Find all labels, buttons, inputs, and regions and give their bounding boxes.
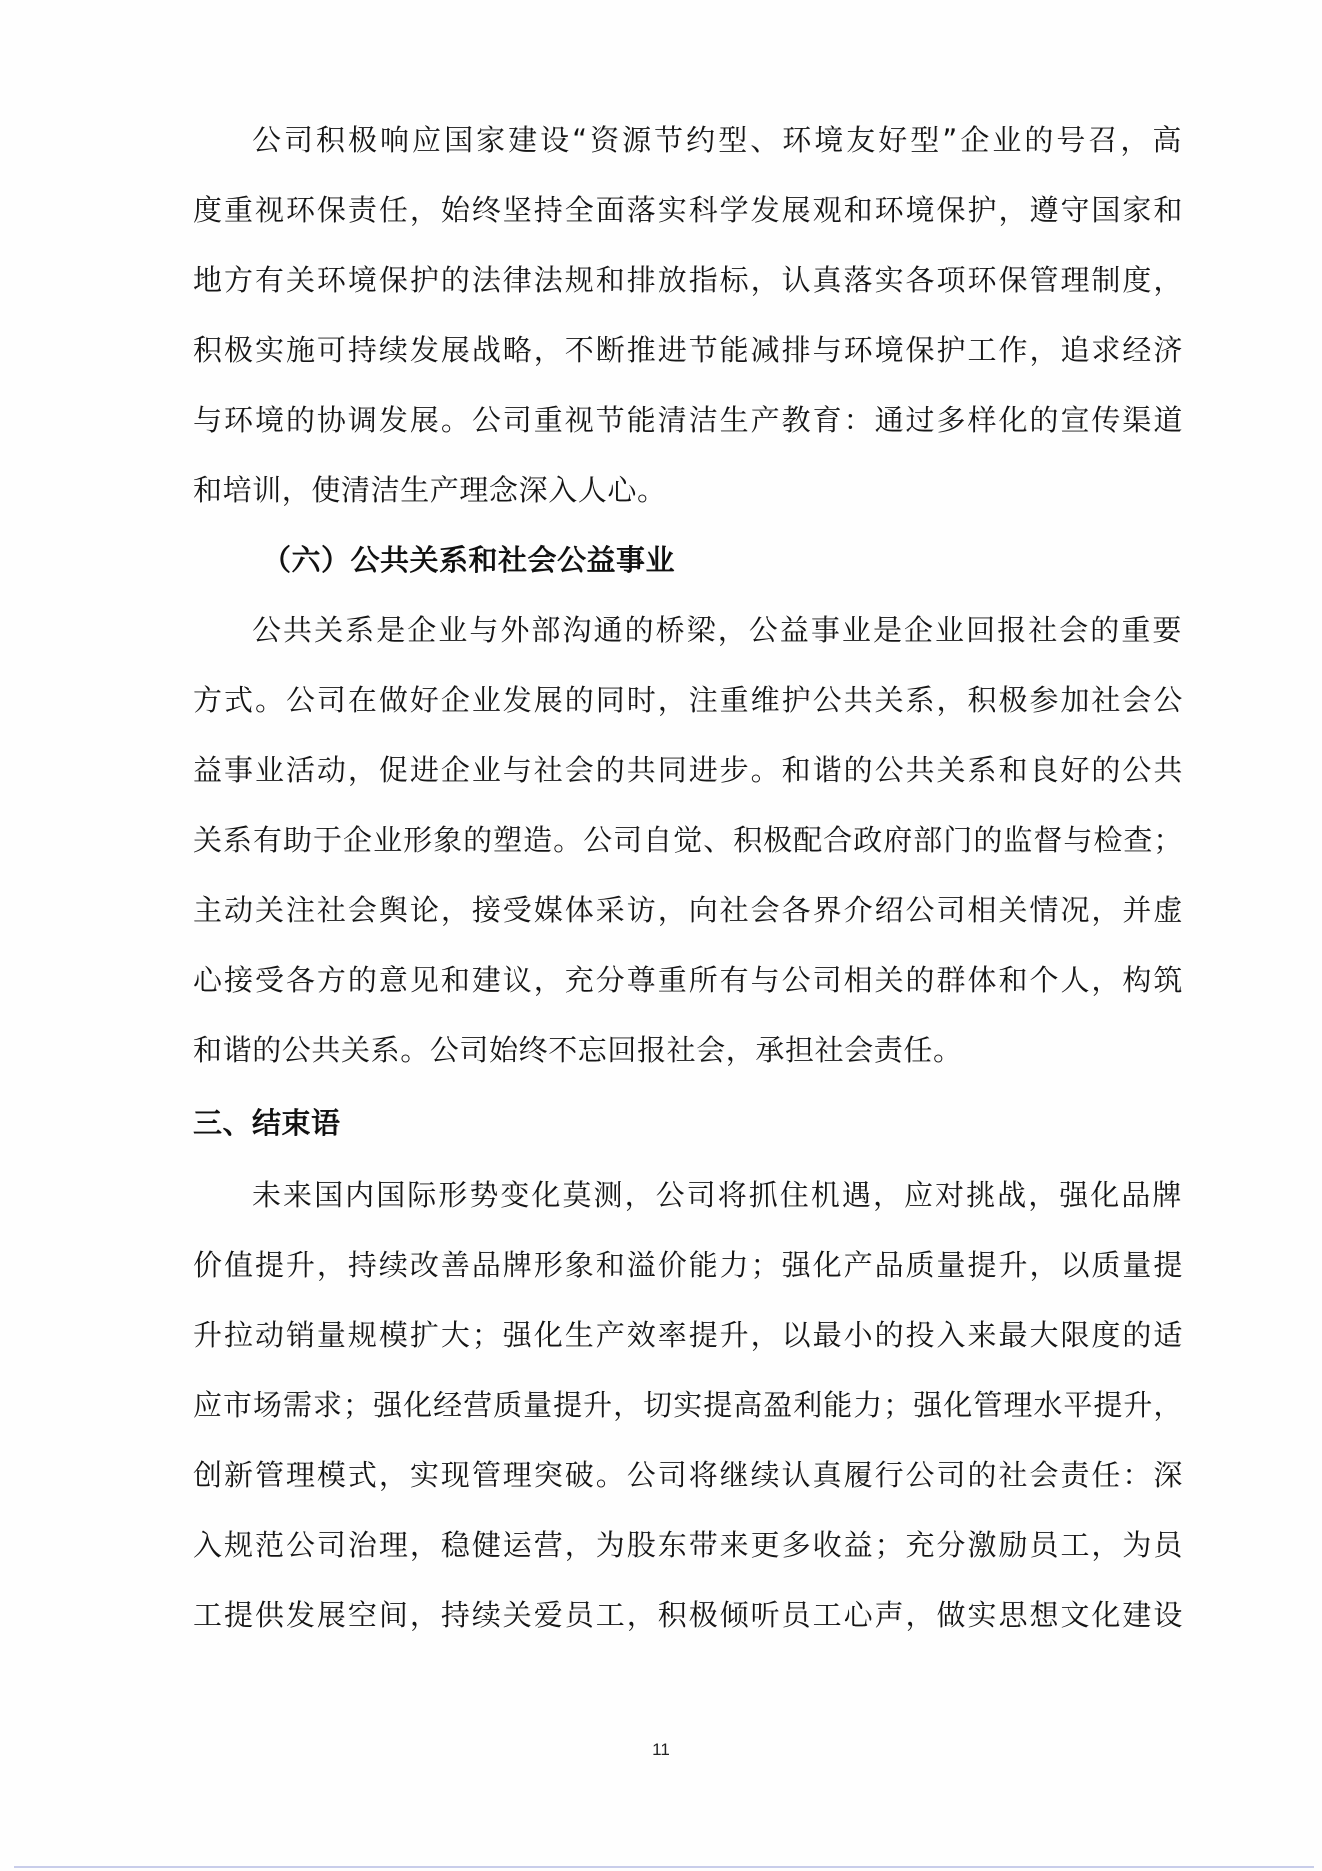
paragraph-line: 未来国内国际形势变化莫测，公司将抓住机遇，应对挑战，强化品牌 [252, 1175, 1182, 1215]
paragraph-line: 方式。公司在做好企业发展的同时，注重维护公共关系，积极参加社会公 [193, 680, 1183, 720]
scan-edge-divider [14, 1866, 1314, 1868]
paragraph-line: 益事业活动，促进企业与社会的共同进步。和谐的公共关系和良好的公共 [193, 750, 1183, 790]
paragraph-line: 心接受各方的意见和建议，充分尊重所有与公司相关的群体和个人，构筑 [193, 960, 1183, 1000]
document-page: 公司积极响应国家建设“资源节约型、环境友好型”企业的号召，高 度重视环保责任，始… [0, 0, 1322, 1871]
paragraph-line: 度重视环保责任，始终坚持全面落实科学发展观和环境保护，遵守国家和 [193, 190, 1183, 230]
paragraph-line: 关系有助于企业形象的塑造。公司自觉、积极配合政府部门的监督与检查； [193, 820, 1183, 860]
paragraph-line: 公共关系是企业与外部沟通的桥梁，公益事业是企业回报社会的重要 [252, 610, 1182, 650]
section-heading-conclusion: 三、结束语 [193, 1103, 341, 1143]
paragraph-line: 和培训，使清洁生产理念深入人心。 [193, 470, 1183, 510]
paragraph-line: 工提供发展空间，持续关爱员工，积极倾听员工心声，做实思想文化建设 [193, 1595, 1183, 1635]
paragraph-line: 入规范公司治理，稳健运营，为股东带来更多收益；充分激励员工，为员 [193, 1525, 1183, 1565]
section-heading-public-relations: （六）公共关系和社会公益事业 [262, 540, 675, 580]
paragraph-line: 创新管理模式，实现管理突破。公司将继续认真履行公司的社会责任：深 [193, 1455, 1183, 1495]
paragraph-line: 升拉动销量规模扩大；强化生产效率提升，以最小的投入来最大限度的适 [193, 1315, 1183, 1355]
paragraph-line: 积极实施可持续发展战略，不断推进节能减排与环境保护工作，追求经济 [193, 330, 1183, 370]
paragraph-line: 应市场需求；强化经营质量提升，切实提高盈利能力；强化管理水平提升， [193, 1385, 1183, 1425]
paragraph-line: 地方有关环境保护的法律法规和排放指标，认真落实各项环保管理制度， [193, 260, 1183, 300]
page-number: 11 [0, 1740, 1322, 1760]
paragraph-line: 主动关注社会舆论，接受媒体采访，向社会各界介绍公司相关情况，并虚 [193, 890, 1183, 930]
paragraph-line: 价值提升，持续改善品牌形象和溢价能力；强化产品质量提升，以质量提 [193, 1245, 1183, 1285]
paragraph-line: 和谐的公共关系。公司始终不忘回报社会，承担社会责任。 [193, 1030, 1183, 1070]
paragraph-line: 公司积极响应国家建设“资源节约型、环境友好型”企业的号召，高 [252, 120, 1182, 160]
paragraph-line: 与环境的协调发展。公司重视节能清洁生产教育：通过多样化的宣传渠道 [193, 400, 1183, 440]
